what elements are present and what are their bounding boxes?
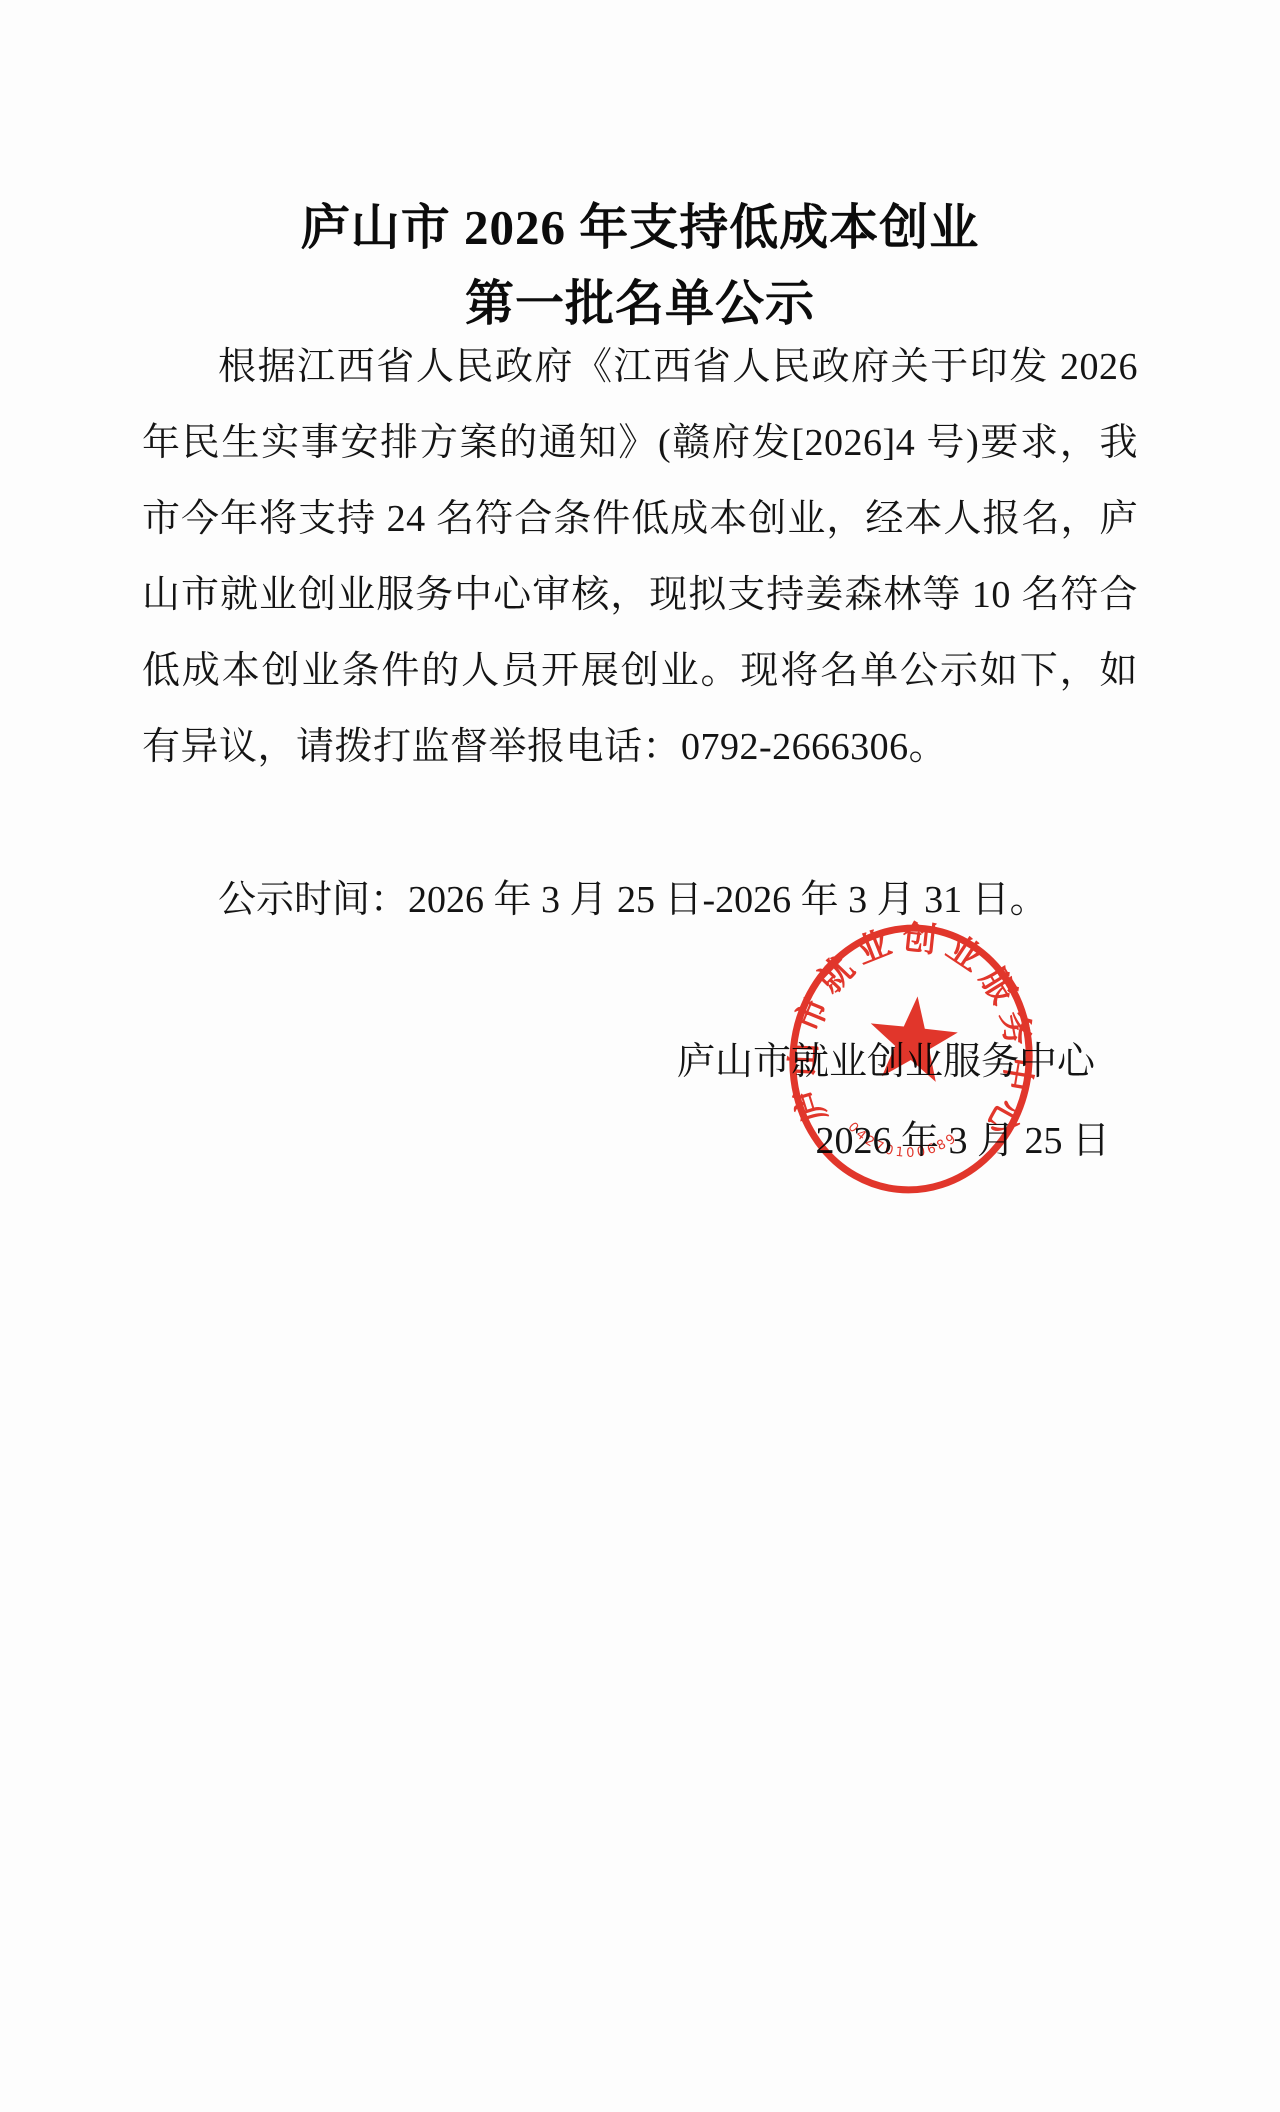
signature-organization: 庐山市就业创业服务中心	[0, 1024, 1095, 1100]
signature-date: 2026 年 3 月 25 日	[0, 1103, 1110, 1179]
document-title-line1: 庐山市 2026 年支持低成本创业	[0, 190, 1280, 266]
document-title: 庐山市 2026 年支持低成本创业 第一批名单公示	[0, 190, 1280, 342]
document-body-paragraph: 根据江西省人民政府《江西省人民政府关于印发 2026 年民生实事安排方案的通知》…	[142, 329, 1138, 785]
document-page: 庐山市 2026 年支持低成本创业 第一批名单公示 根据江西省人民政府《江西省人…	[0, 0, 1280, 2112]
publicity-period-line: 公示时间：2026 年 3 月 25 日-2026 年 3 月 31 日。	[142, 862, 1138, 938]
